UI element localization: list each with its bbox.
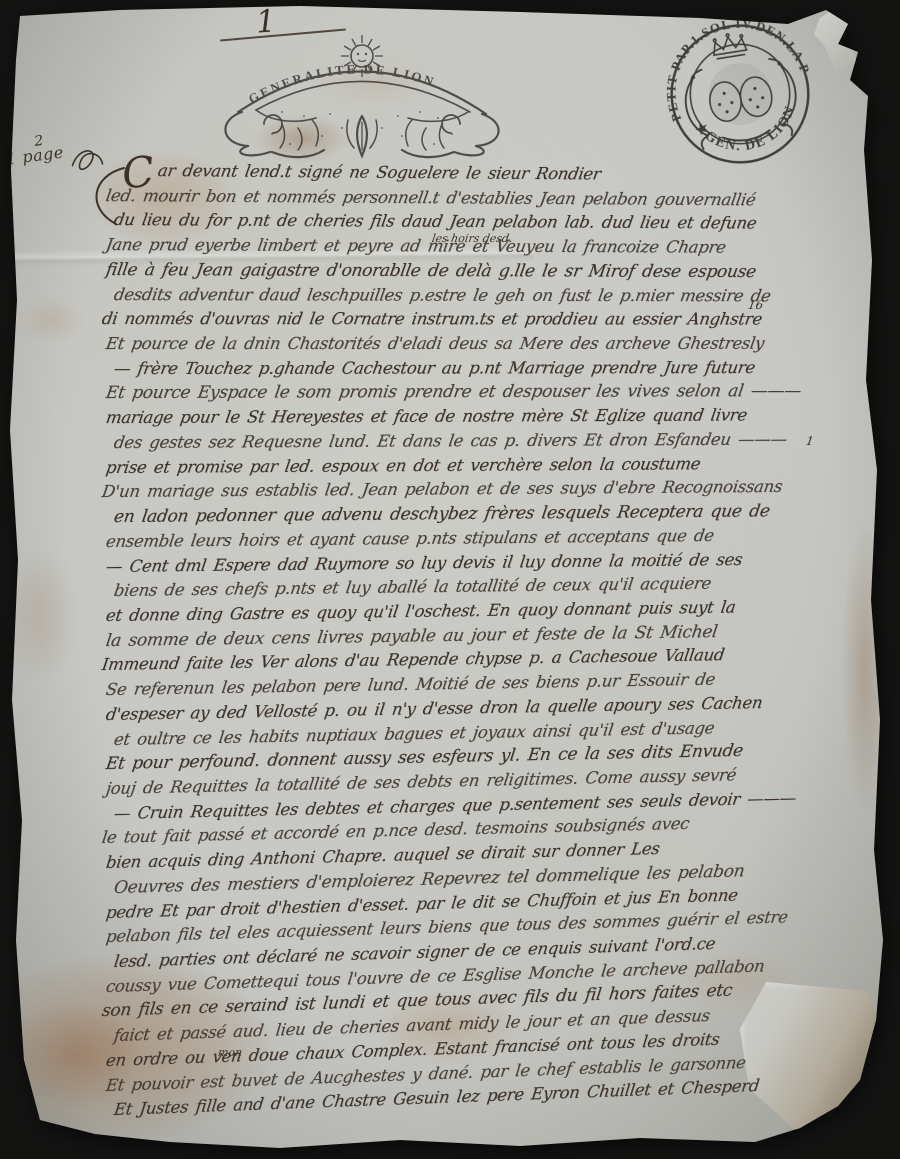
manuscript-line: ensemble leurs hoirs et ayant cause p.nt… bbox=[104, 525, 715, 553]
interlinear-annotation: mon bbox=[217, 1046, 243, 1059]
margin-note: 2 1 page bbox=[5, 143, 65, 169]
manuscript-line: des gestes sez Requesne lund. Et dans le… bbox=[112, 428, 788, 454]
manuscript-line: en ladon pedonner que advenu deschybez f… bbox=[112, 500, 771, 528]
manuscript-line: desdits adventur daud leschpuilles p.est… bbox=[112, 284, 772, 307]
manuscript-paper: 1 2 1 page bbox=[0, 0, 900, 1159]
manuscript-line: Et pource de la dnin Chastorités d'eladi… bbox=[104, 333, 765, 355]
svg-text:GENERALITE DE LION: GENERALITE DE LION bbox=[246, 61, 438, 106]
interlinear-annotation: les hoirs desd. bbox=[431, 232, 514, 245]
paper-shadow-wrap: 1 2 1 page bbox=[0, 0, 900, 1159]
manuscript-text-block: ar devant lend.t signé ne Soguelere le s… bbox=[106, 160, 882, 1140]
manuscript-line: — frère Touchez p.ghande Cachestour au p… bbox=[112, 357, 756, 380]
stain-blob bbox=[0, 545, 80, 685]
manuscript-line: Et pource Eyspace le som promis prendre … bbox=[104, 380, 802, 404]
generalite-de-lyon-stamp: GENERALITE DE LION bbox=[212, 24, 512, 162]
manuscript-line: prise et promise par led. espoux en dot … bbox=[104, 453, 702, 479]
ornate-stamp-arc-text: GENERALITE DE LION bbox=[246, 61, 438, 106]
superscript-annotation: 16 bbox=[747, 298, 764, 312]
manuscript-line: D'un mariage sus establis led. Jean pela… bbox=[100, 476, 783, 503]
margin-note-mark: 2 bbox=[33, 133, 44, 150]
manuscript-line: mariage pour le St Hereyestes et face de… bbox=[104, 405, 748, 430]
petit-papier-tax-stamp: PETIT PAP.1.SOL IV.DEN.LA P ★GEN. DE LIO… bbox=[641, 3, 839, 185]
manuscript-line: led. mourir bon et nommés personnell.t d… bbox=[104, 185, 757, 211]
photograph-stage: 1 2 1 page bbox=[0, 0, 900, 1159]
manuscript-line: fille à feu Jean gaigastre d'onorablle d… bbox=[104, 259, 757, 283]
stain-blob bbox=[16, 295, 86, 345]
manuscript-line: Jane prud eyerbe limbert et peyre ad mir… bbox=[104, 234, 727, 259]
photo-background: { "folio_number": "1", "margin_note": { … bbox=[0, 0, 900, 1159]
manuscript-line: ar devant lend.t signé ne Soguelere le s… bbox=[156, 160, 602, 185]
manuscript-line: di nommés d'ouvras nid le Cornatre instr… bbox=[100, 308, 763, 330]
